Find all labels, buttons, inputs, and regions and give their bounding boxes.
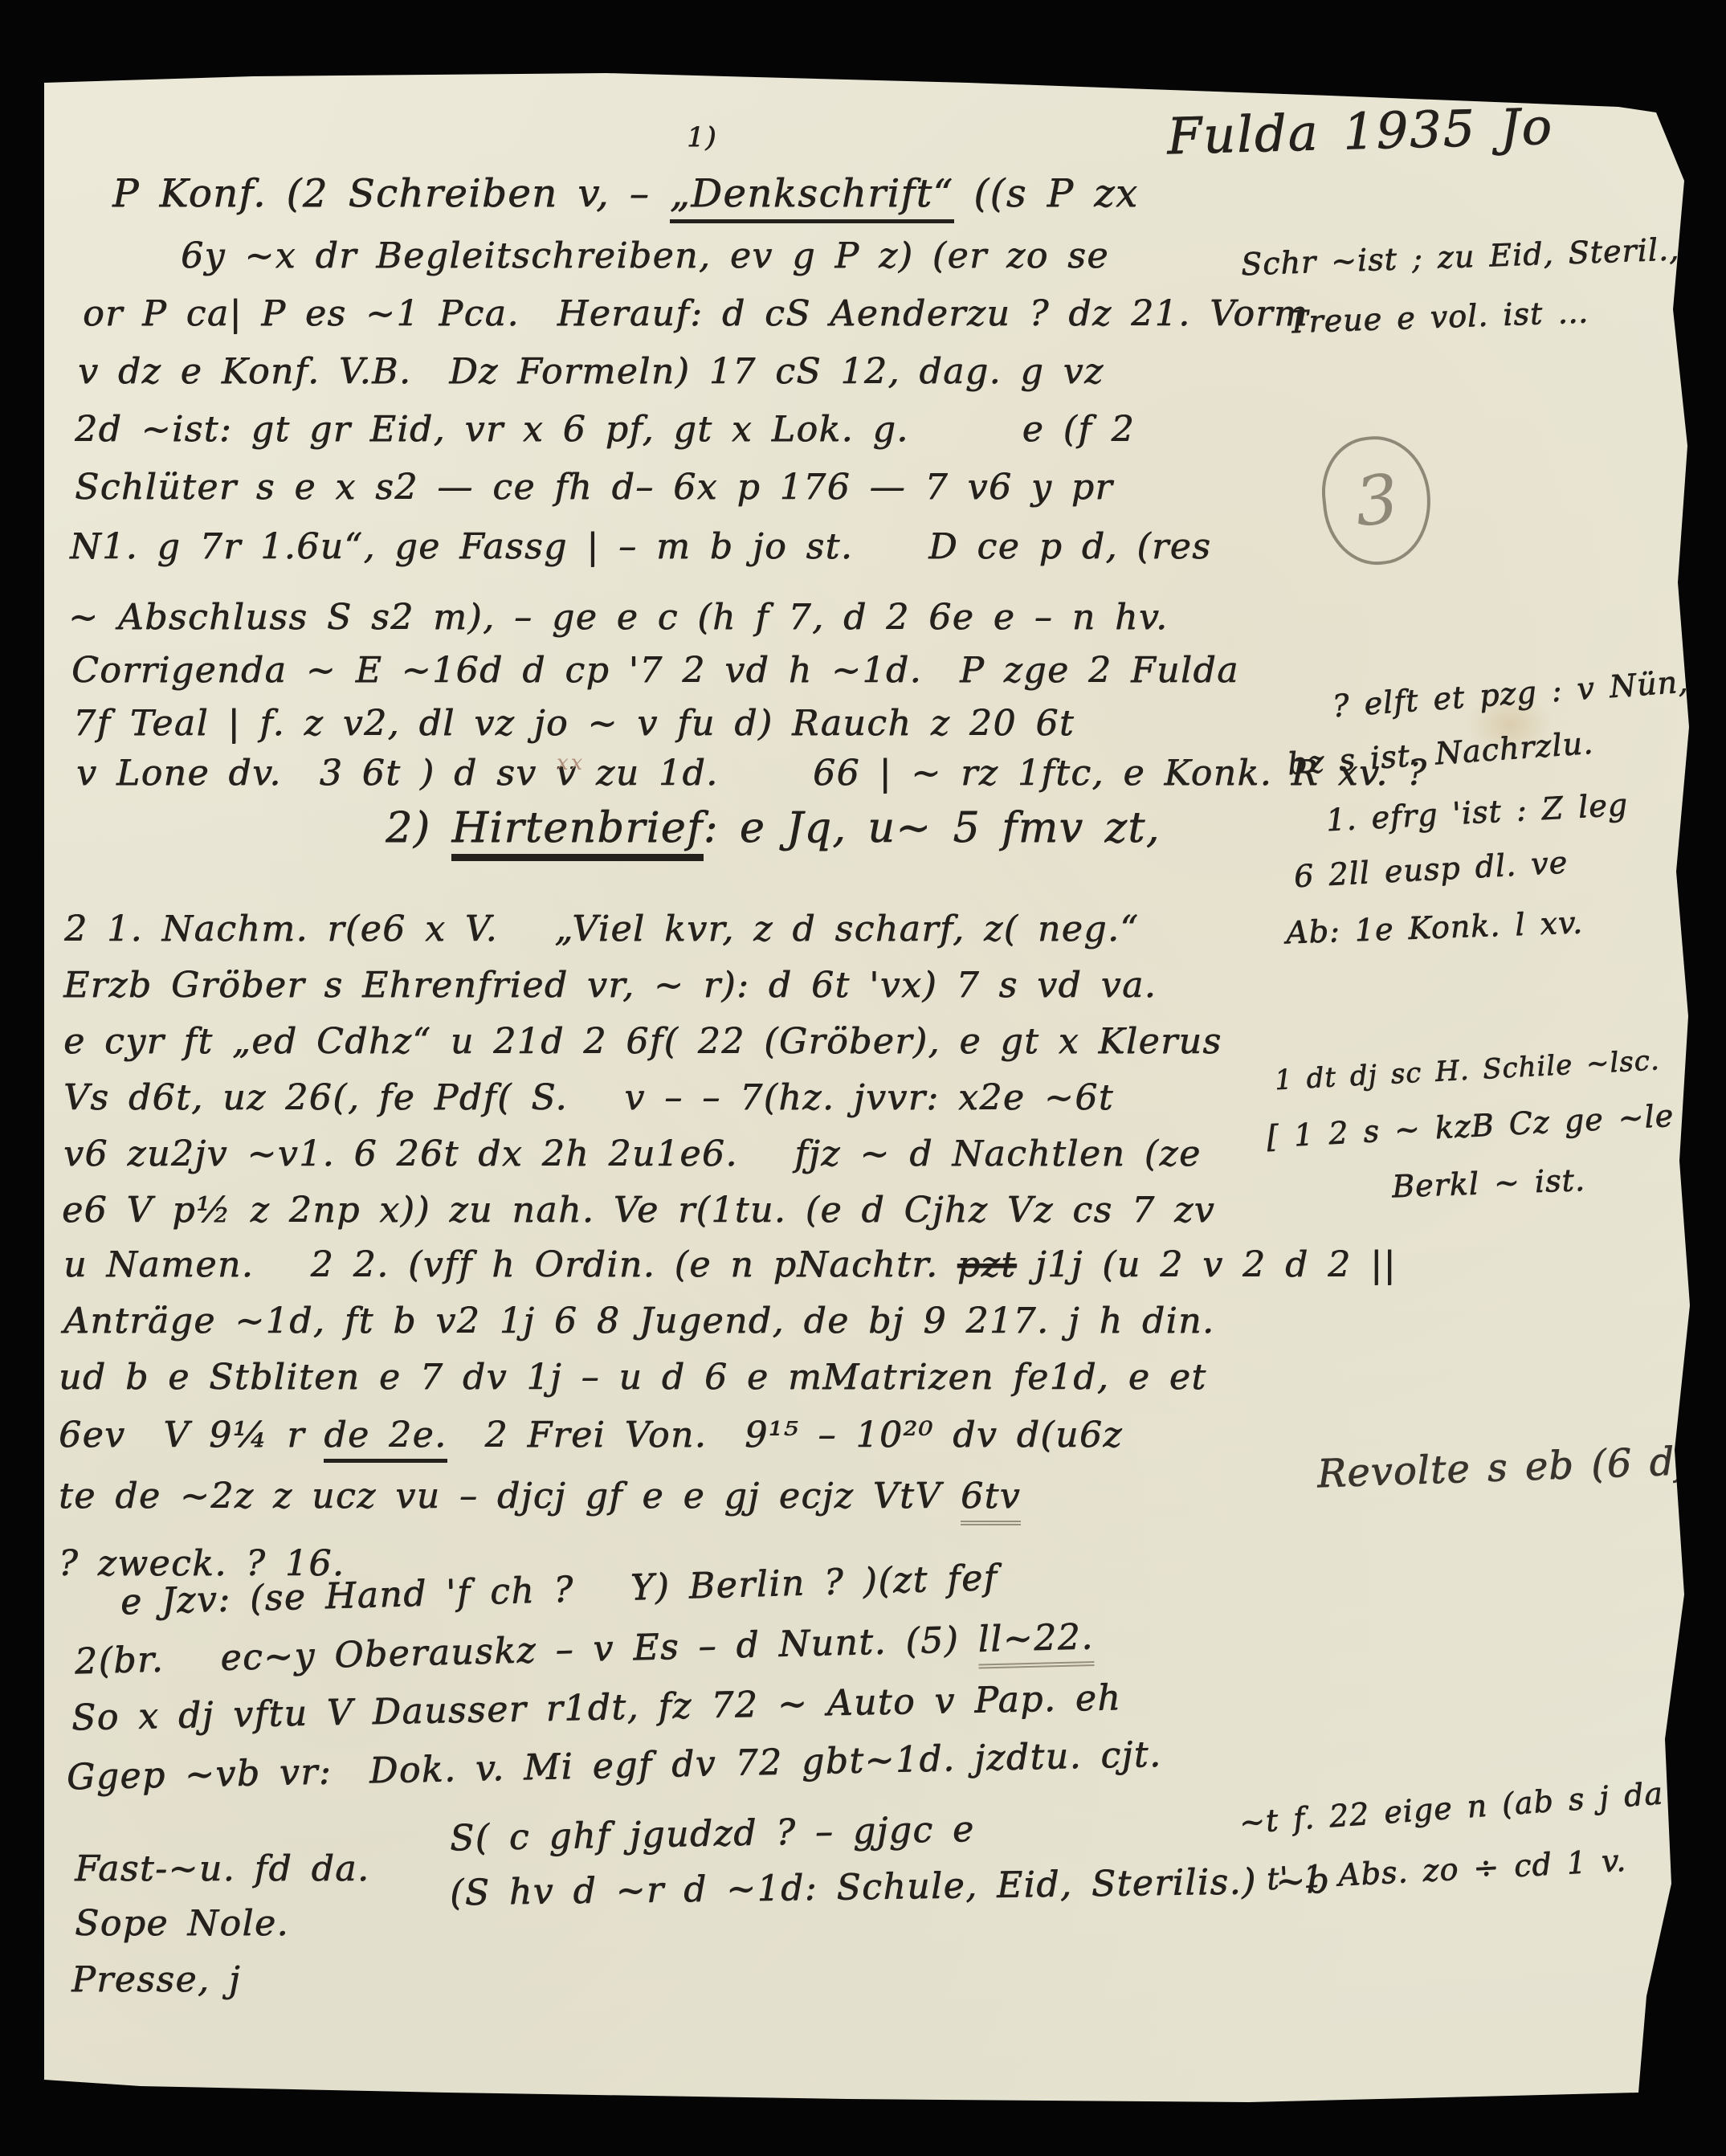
handwritten-line: e cyr ft „ed Cdhz“ u 21d 2 6f( 22 (Gröbe… (63, 1021, 1222, 1062)
margin-note: Treue e vol. ist … (1287, 294, 1589, 340)
margin-note: Ab: 1e Konk. l xv. (1285, 904, 1583, 950)
handwritten-line: Sope Nole. (75, 1903, 289, 1944)
handwritten-line: (S hv d ~r d ~1d: Schule, Eid, Sterilis.… (450, 1860, 1331, 1913)
line-text: 6ev V 9¼ r (59, 1415, 324, 1456)
handwritten-line: v Lone dv. 3 6t ) d sv v zu 1d. 66 | ~ r… (76, 753, 1427, 794)
margin-note: 6 2ll eusp dl. ve (1293, 844, 1569, 894)
margin-note: Schr ~ist ; zu Eid, Steril., (1240, 231, 1679, 282)
handwritten-line: Presse, j (71, 1959, 241, 2000)
margin-note: 1. efrg 'ist : Z leg (1325, 786, 1629, 838)
handwritten-line: P Konf. (2 Schreiben v, – „Denkschrift“ … (112, 171, 1139, 216)
handwritten-line: u Namen. 2 2. (vff h Ordin. (e n pNachtr… (63, 1244, 1397, 1285)
manuscript-page: Fulda 1935 Jo 1) P Konf. (2 Schreiben v,… (44, 68, 1691, 2121)
handwritten-line: So x dj vftu V Dausser r1dt, fz 72 ~ Aut… (71, 1677, 1122, 1738)
underlined-word: de 2e. (324, 1415, 447, 1463)
pencil-underlined-word: ll~22. (977, 1616, 1094, 1668)
pencil-underlined-word: 6tv (961, 1476, 1021, 1525)
handwritten-line: Erzb Gröber s Ehrenfried vr, ~ r): d 6t … (63, 965, 1157, 1006)
handwritten-line: 2d ~ist: gt gr Eid, vr x 6 pf, gt x Lok.… (75, 409, 1135, 450)
handwritten-line: Ggep ~vb vr: Dok. v. Mi egf dv 72 gbt~1d… (66, 1733, 1161, 1798)
margin-note: bz s ist. Nachrzlu. (1286, 725, 1594, 782)
margin-note: 1 dt dj sc H. Schile ~lsc. (1274, 1044, 1660, 1096)
struck-word: pzt (957, 1244, 1017, 1285)
handwritten-line: ud b e Stbliten e 7 dv 1j – u d 6 e mMat… (59, 1357, 1207, 1398)
section-heading-hirtenbrief: 2) Hirtenbrief: e Jq, u~ 5 fmv zt, (386, 804, 1161, 852)
margin-note: [ 1 2 s ~ kzB Cz ge ~le (1266, 1097, 1675, 1154)
handwritten-line: ~ Abschluss S s2 m), – ge e c (h f 7, d … (68, 597, 1168, 638)
handwritten-line: 6y ~x dr Begleitschreiben, ev g P z) (er… (181, 235, 1109, 276)
handwritten-line: Corrigenda ~ E ~16d d cp '7 2 vd h ~1d. … (71, 650, 1239, 691)
margin-note: ~t f. 22 eige n (ab s j da (1238, 1775, 1664, 1840)
handwritten-line: N1. g 7r 1.6u“, ge Fassg | – m b jo st. … (70, 526, 1211, 567)
handwritten-line: or P ca| P es ~1 Pca. Herauf: d cS Aende… (83, 293, 1308, 334)
line-text: j1j (u 2 v 2 d 2 || (1016, 1244, 1396, 1285)
page-number-circle: 3 (1316, 431, 1437, 570)
footnote-superscript: 1) (687, 121, 717, 153)
scan-background: { "page": { "date_heading": "Fulda 1935 … (0, 0, 1726, 2156)
handwritten-line: e6 V p½ z 2np x)) zu nah. Ve r(1tu. (e d… (62, 1190, 1215, 1231)
margin-note: Berkl ~ ist. (1391, 1162, 1585, 1204)
handwritten-line: 2(br. ec~y Oberauskz – v Es – d Nunt. (5… (74, 1616, 1094, 1682)
handwritten-line: te de ~2z z ucz vu – djcj gf e e gj ecjz… (59, 1476, 1021, 1517)
underlined-word-hirtenbrief: Hirtenbrief (451, 804, 703, 861)
handwritten-line: 7f Teal | f. z v2, dl vz jo ~ v fu d) Ra… (73, 703, 1075, 744)
handwritten-line: 6ev V 9¼ r de 2e. 2 Frei Von. 9¹⁵ – 10²⁰… (59, 1415, 1123, 1456)
line-text: ((s P zx (954, 171, 1139, 216)
line-text: 2 Frei Von. 9¹⁵ – 10²⁰ dv d(u6z (447, 1415, 1124, 1456)
pencil-correction-mark: xx (557, 751, 585, 775)
underlined-word-denkschrift: „Denkschrift“ (670, 171, 954, 223)
margin-note: t' 1 Abs. zo ÷ cd 1 v. (1266, 1843, 1627, 1897)
handwritten-line: v6 zu2jv ~v1. 6 26t dx 2h 2u1e6. fjz ~ d… (63, 1133, 1202, 1174)
line-text: te de ~2z z ucz vu – djcj gf e e gj ecjz… (59, 1476, 961, 1517)
line-text: 2(br. ec~y Oberauskz – v Es – d Nunt. (5… (74, 1619, 978, 1682)
date-heading: Fulda 1935 Jo (1166, 96, 1554, 165)
line-text: : e Jq, u~ 5 fmv zt, (704, 804, 1161, 852)
handwritten-line: Fast-~u. fd da. (75, 1848, 369, 1889)
handwritten-line: S( c ghf jgudzd ? – gjgc e (450, 1809, 975, 1859)
handwritten-line: Vs d6t, uz 26(, fe Pdf( S. v – – 7(hz. j… (63, 1077, 1114, 1118)
line-text: P Konf. (2 Schreiben v, – (112, 171, 670, 216)
handwritten-line: Anträge ~1d, ft b v2 1j 6 8 Jugend, de b… (63, 1301, 1214, 1341)
line-text: u Namen. 2 2. (vff h Ordin. (e n pNachtr… (63, 1244, 957, 1285)
handwritten-line: v dz e Konf. V.B. Dz Formeln) 17 cS 12, … (78, 351, 1104, 392)
handwritten-line: 2 1. Nachm. r(e6 x V. „Viel kvr, z d sch… (64, 909, 1139, 949)
handwritten-line: Schlüter s e x s2 — ce fh d– 6x p 176 — … (75, 467, 1113, 508)
margin-note-revolte: Revolte s eb (6 df (1316, 1439, 1691, 1497)
line-text: 2) (386, 804, 451, 852)
